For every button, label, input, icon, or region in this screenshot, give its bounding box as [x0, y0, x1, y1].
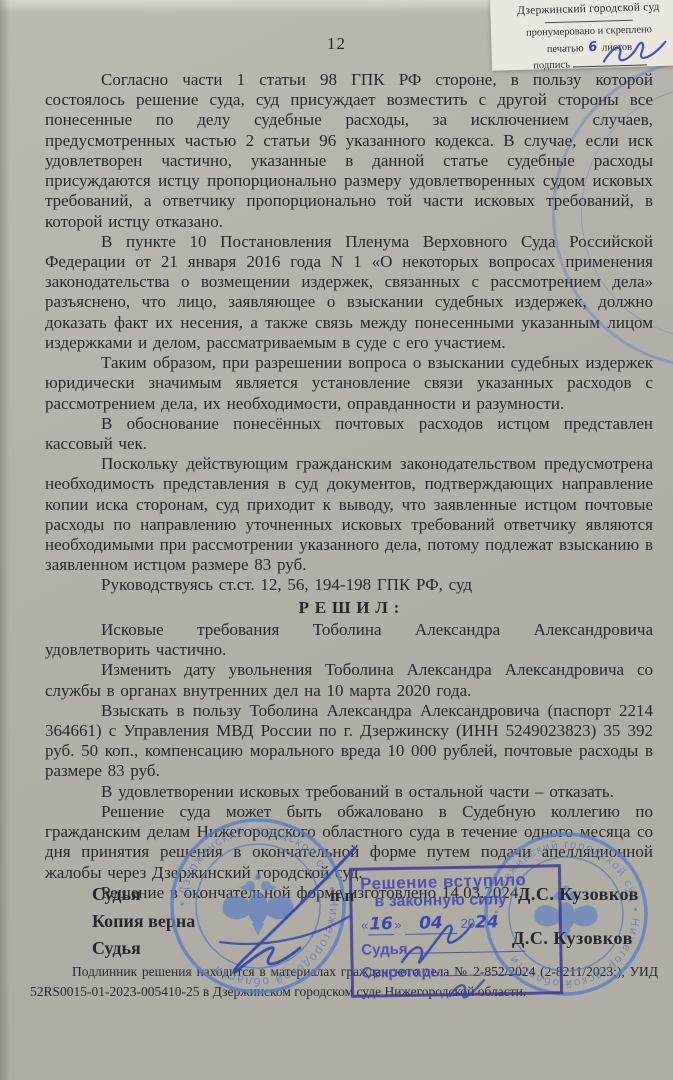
- body-paragraph-guided-by: Руководствуясь ст.ст. 12, 56, 194-198 ГП…: [45, 575, 653, 595]
- handwritten-sheet-count: 6: [587, 38, 598, 57]
- handwritten-signature-sticker: [599, 34, 670, 70]
- entry-stamp-judge-label: Судья: [361, 941, 408, 959]
- scanned-court-decision-page: Дзержинский городской суд пронумеровано …: [0, 0, 673, 1080]
- entry-stamp-secretary-line: Секретарь: [362, 959, 552, 981]
- body-paragraph-plenum-ruling: В пункте 10 Постановления Пленума Верхов…: [45, 232, 653, 353]
- body-paragraph-postal-receipt: В обоснование понесённых почтовых расход…: [45, 414, 653, 454]
- decision-text: Согласно части 1 статьи 98 ГПК РФ сторон…: [45, 70, 653, 903]
- resolution-paragraph-deny-rest: В удовлетворении исковых требований в ос…: [45, 782, 653, 802]
- sticker-signature-label: подпись: [533, 60, 570, 72]
- sticker-court-name: Дзержинский городской суд: [500, 0, 673, 20]
- handwritten-month: 04: [405, 913, 457, 935]
- body-paragraph-costs-relevance: Таким образом, при разрешении вопроса о …: [45, 353, 653, 414]
- sticker-divider: [545, 19, 633, 22]
- entry-stamp-judge-blank: [407, 937, 525, 954]
- entry-stamp-secretary-blank: [440, 960, 526, 976]
- resolution-paragraph-recover-sums: Взыскать в пользу Тоболина Александра Ал…: [45, 701, 653, 782]
- page-left-shadow: [0, 0, 10, 1080]
- binding-sticker: Дзержинский городской суд пронумеровано …: [490, 0, 673, 71]
- handwritten-year: 24: [475, 912, 499, 932]
- year-prefix: 20: [460, 916, 475, 931]
- judge-name-1: Д.С. Кузовков: [518, 884, 639, 905]
- resolution-paragraph-satisfy-partially: Исковые требования Тоболина Александра А…: [45, 620, 653, 660]
- resolution-paragraph-change-dismissal-date: Изменить дату увольнения Тоболина Алекса…: [45, 660, 653, 700]
- body-paragraph-postal-award: Поскольку действующим гражданским законо…: [45, 454, 653, 575]
- handwritten-day: 16: [368, 914, 394, 935]
- judge-label-2: Судья: [92, 938, 141, 959]
- coat-of-arms-eagle: [222, 874, 293, 936]
- sticker-sheets-prefix: печатью: [547, 43, 584, 55]
- pp-mark: п\п: [330, 886, 354, 906]
- round-court-stamp-left: • Дзержинский городской суд • Нижегородс…: [168, 816, 348, 996]
- entry-stamp-secretary-label: Секретарь: [362, 963, 440, 981]
- resolution-heading: Р Е Ш И Л :: [45, 596, 653, 620]
- body-paragraph-costs-law: Согласно части 1 статьи 98 ГПК РФ сторон…: [45, 70, 653, 232]
- quote-close: »: [394, 917, 401, 932]
- judge-name-2: Д.С. Кузовков: [512, 928, 633, 949]
- judge-label-1: Судья: [92, 884, 141, 905]
